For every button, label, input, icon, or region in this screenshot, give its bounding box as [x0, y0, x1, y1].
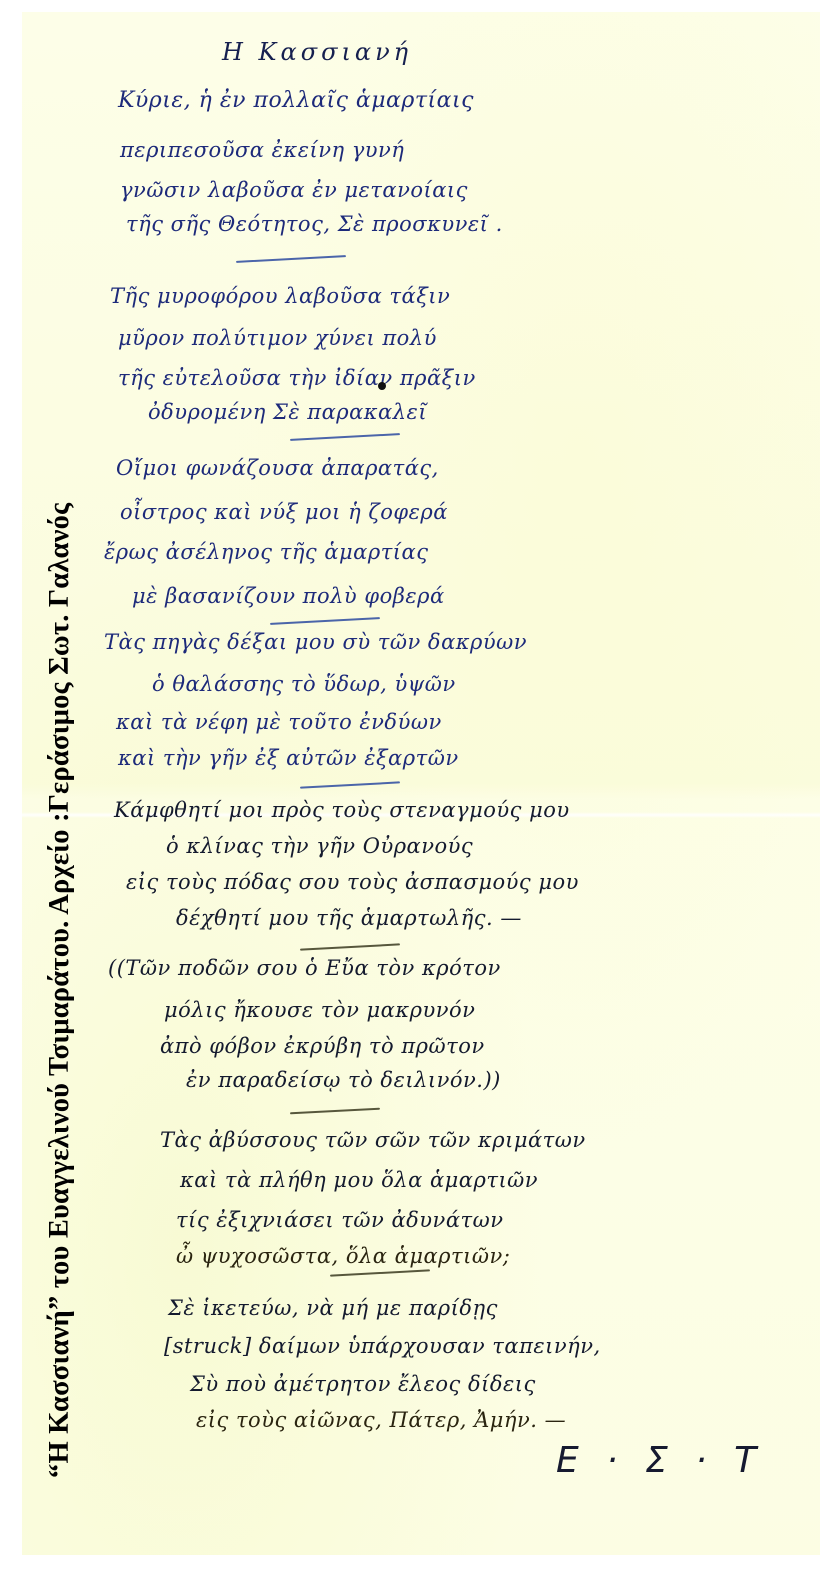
stanza-4-line-2: ὁ θαλάσσης τὸ ὕδωρ, ὑψῶν: [152, 672, 456, 696]
stanza-3-line-4: μὲ βασανίζουν πολὺ φοβερά: [132, 584, 445, 608]
stanza-2-line-1: Τῆς μυροφόρου λαβοῦσα τάξιν: [110, 284, 450, 308]
manuscript-page: [22, 12, 820, 1555]
stanza-8-line-2: [struck] δαίμων ὑπάρχουσαν ταπεινήν,: [164, 1334, 601, 1358]
stanza-6-line-1: ((Τῶν ποδῶν σου ὁ Εὔα τὸν κρότον: [108, 956, 501, 980]
manuscript-title: Η Κασσιανή: [222, 38, 412, 66]
stanza-6-line-3: ἀπὸ φόβον ἐκρύβη τὸ πρῶτον: [160, 1034, 485, 1058]
stanza-4-line-1: Τὰς πηγὰς δέξαι μου σὺ τῶν δακρύων: [104, 630, 527, 654]
stanza-1-line-3: γνῶσιν λαβοῦσα ἐν μετανοίαις: [120, 178, 468, 202]
stanza-8-line-4: εἰς τοὺς αἰῶνας, Πάτερ, Ἀμήν. —: [196, 1408, 566, 1432]
stanza-5-line-4: δέχθητί μου τῆς ἁμαρτωλῆς. —: [176, 906, 522, 930]
stanza-4-line-3: καὶ τὰ νέφη μὲ τοῦτο ἐνδύων: [116, 710, 442, 734]
stanza-1-line-1: Κύριε, ἡ ἐν πολλαῖς ἁμαρτίαις: [118, 88, 474, 113]
stanza-7-line-1: Τὰς ἀβύσσους τῶν σῶν τῶν κριμάτων: [160, 1128, 586, 1152]
archive-caption: “Η Κασσιανή” του Ευαγγελινού Τσιμαράτου.…: [44, 503, 76, 1478]
stanza-5-line-1: Κάμφθητί μοι πρὸς τοὺς στεναγμούς μου: [114, 798, 570, 822]
stanza-2-line-4: ὀδυρομένη Σὲ παρακαλεῖ: [148, 400, 427, 424]
stanza-3-line-2: οἶστρος καὶ νύξ μοι ἡ ζοφερά: [120, 500, 448, 524]
stanza-3-line-1: Οἴμοι φωνάζουσα ἀπαρατάς,: [116, 456, 439, 480]
stanza-3-line-3: ἔρως ἀσέληνος τῆς ἁμαρτίας: [104, 540, 428, 564]
stanza-7-line-2: καὶ τὰ πλήθη μου ὅλα ἁμαρτιῶν: [180, 1168, 538, 1192]
stanza-5-line-2: ὁ κλίνας τὴν γῆν Οὐρανούς: [166, 834, 473, 858]
author-initials-signature: Ε · Σ · Τ: [556, 1440, 764, 1481]
stanza-7-line-3: τίς ἐξιχνιάσει τῶν ἀδυνάτων: [176, 1208, 504, 1232]
stanza-2-line-3: τῆς εὐτελοῦσα τὴν ἰδίαν πρᾶξιν: [118, 366, 476, 390]
ink-blot: [378, 382, 386, 390]
stanza-1-line-4: τῆς σῆς Θεότητος, Σὲ προσκυνεῖ .: [126, 212, 503, 236]
stanza-7-line-4: ὦ ψυχοσῶστα, ὅλα ἁμαρτιῶν;: [176, 1244, 510, 1268]
stanza-6-line-4: ἐν παραδείσῳ τὸ δειλινόν.)): [186, 1068, 501, 1092]
stanza-6-line-2: μόλις ἤκουσε τὸν μακρυνόν: [164, 998, 475, 1022]
stanza-1-line-2: περιπεσοῦσα ἐκείνη γυνή: [120, 138, 404, 162]
stanza-8-line-3: Σὺ ποὺ ἀμέτρητον ἔλεος δίδεις: [190, 1372, 536, 1396]
stanza-8-line-1: Σὲ ἱκετεύω, νὰ μή με παρίδῃς: [168, 1296, 498, 1320]
stanza-5-line-3: εἰς τοὺς πόδας σου τοὺς ἀσπασμούς μου: [126, 870, 579, 894]
stanza-4-line-4: καὶ τὴν γῆν ἐξ αὐτῶν ἐξαρτῶν: [118, 746, 459, 770]
stanza-2-line-2: μῦρον πολύτιμον χύνει πολύ: [118, 326, 437, 350]
